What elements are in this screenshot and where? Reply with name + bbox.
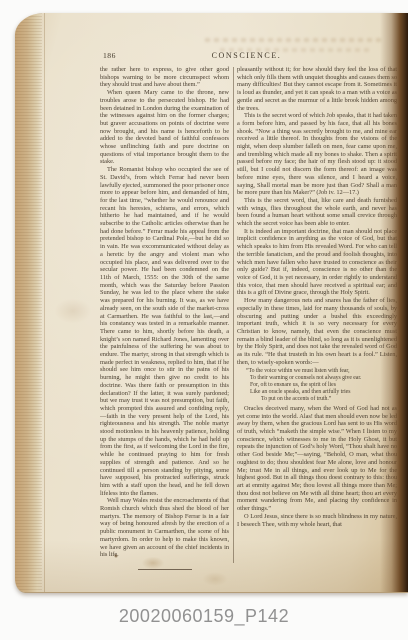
- archive-id-watermark: 20020060159_P142: [0, 606, 408, 627]
- section-divider-rule: [138, 569, 192, 570]
- text-block: the rather here to express, to give othe…: [100, 66, 397, 574]
- verse-line: “To the voice within we must listen with…: [246, 368, 397, 375]
- left-column: the rather here to express, to give othe…: [100, 66, 229, 574]
- scanned-page-photo: 186 CONSCIENCE. the rather here to expre…: [0, 0, 408, 640]
- paragraph: O Lord Jesus, since there is so much bli…: [237, 513, 397, 528]
- right-column-paragraphs-bottom: Oracles deceived many, when the Word of …: [237, 405, 397, 528]
- book-edge-shadow: [380, 13, 408, 592]
- verse-line: To put on the accents of truth.”: [246, 396, 397, 403]
- paragraph: How many dangerous nets and snares has t…: [237, 297, 397, 366]
- running-head: CONSCIENCE.: [100, 51, 393, 60]
- page-crease-line: [44, 13, 45, 592]
- paragraph: It is indeed an important doctrine, that…: [237, 228, 397, 297]
- right-column-paragraphs-top: pleasantly without it; for how should th…: [237, 66, 397, 366]
- column-divider: [233, 67, 234, 563]
- paragraph: This is the secret word, that, like care…: [237, 197, 397, 228]
- paragraph: Oracles deceived many, when the Word of …: [237, 405, 397, 513]
- paragraph: the rather here to express, to give othe…: [100, 66, 229, 89]
- paragraph: Well may Wales resist the encroachments …: [100, 497, 229, 559]
- verse-line: Like an oracle speaks, and then artfully…: [246, 389, 397, 396]
- page-fore-edge: [15, 13, 42, 592]
- right-column: pleasantly without it; for how should th…: [237, 66, 397, 562]
- verse-block: “To the voice within we must listen with…: [246, 368, 397, 403]
- page-header: 186 CONSCIENCE.: [100, 51, 393, 62]
- paragraph: pleasantly without it; for how should th…: [237, 66, 397, 112]
- paragraph: This is the secret word of which Job spe…: [237, 112, 397, 197]
- book-page: 186 CONSCIENCE. the rather here to expre…: [15, 13, 408, 593]
- paragraph: When queen Mary came to the throne, new …: [100, 89, 229, 166]
- paragraph: The Romanist bishop who occupied the see…: [100, 166, 229, 497]
- left-column-paragraphs: the rather here to express, to give othe…: [100, 66, 229, 559]
